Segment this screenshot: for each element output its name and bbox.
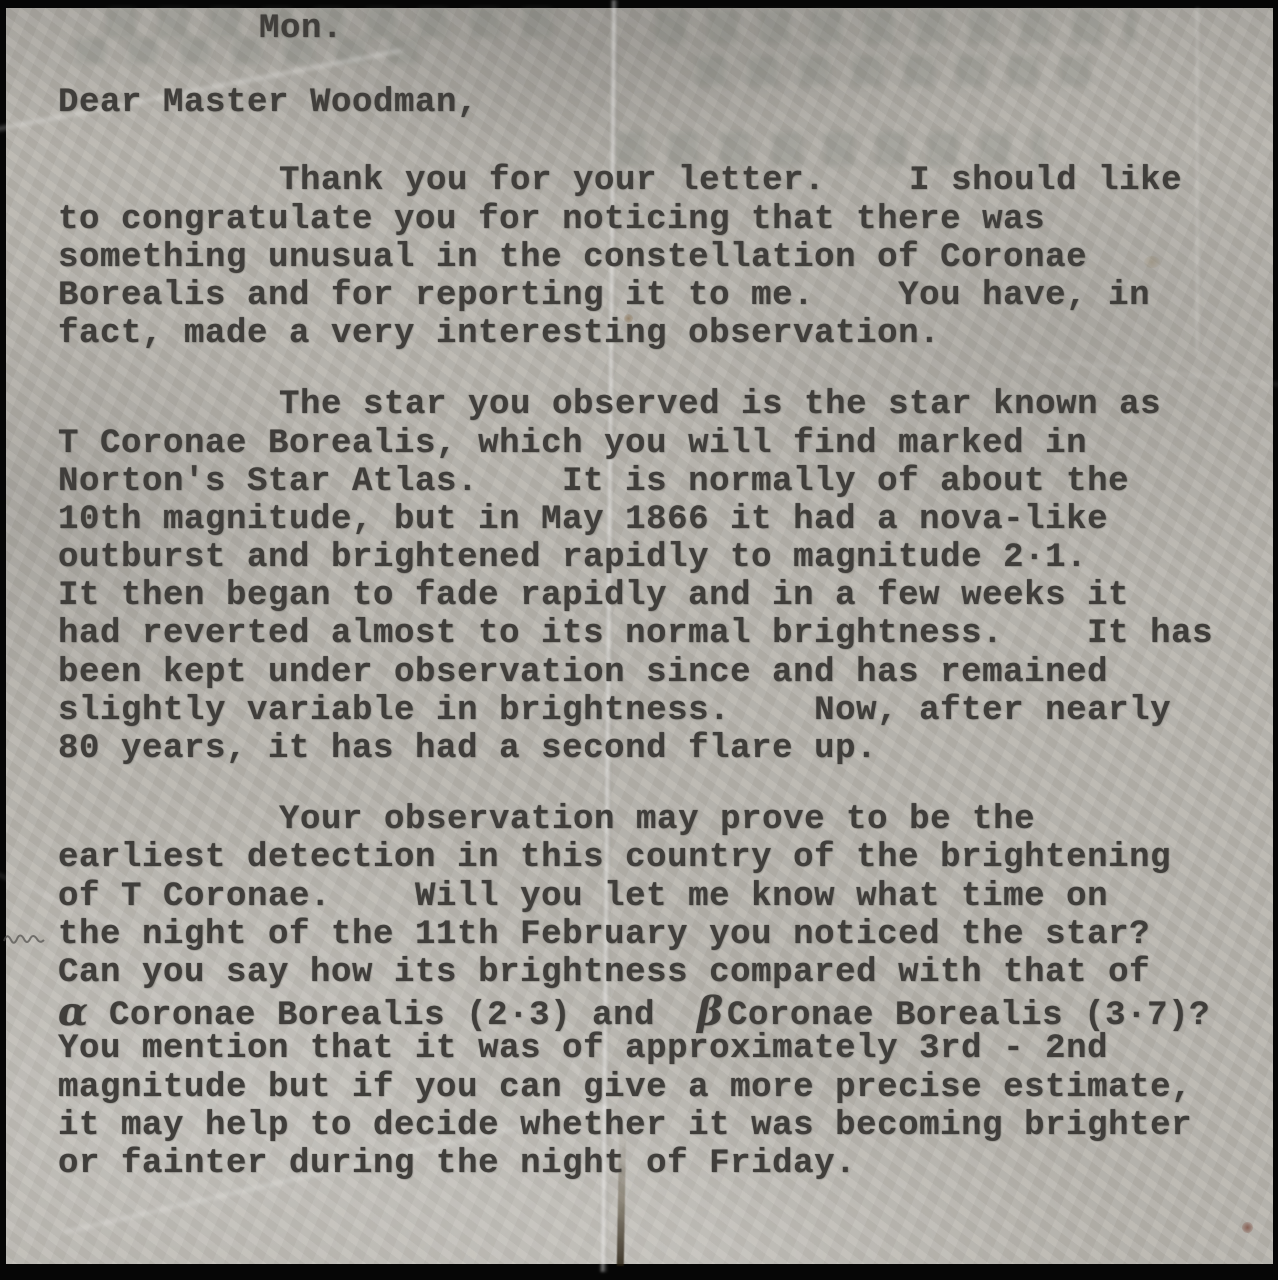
letter-line: It then began to fade rapidly and in a f…: [58, 577, 1247, 615]
letter-line: Your observation may prove to be the: [58, 801, 1247, 839]
letter-line: earliest detection in this country of th…: [58, 839, 1247, 877]
paragraph-3: Your observation may prove to be the ear…: [58, 801, 1247, 1183]
photo-of-letter: Mon. Dear Master Woodman, Thank you for …: [0, 0, 1278, 1280]
letter-line: You mention that it was of approximately…: [58, 1030, 1247, 1068]
paragraph-1: Thank you for your letter. I should like…: [58, 162, 1247, 353]
letter-line: 10th magnitude, but in May 1866 it had a…: [58, 501, 1247, 539]
letter-line: 80 years, it has had a second flare up.: [58, 730, 1247, 768]
alpha-symbol: α: [58, 989, 88, 1035]
letter-line: Borealis and for reporting it to me. You…: [58, 277, 1247, 315]
letter-line: magnitude but if you can give a more pre…: [58, 1069, 1247, 1107]
letter-line: been kept under observation since and ha…: [58, 654, 1247, 692]
letter-line: The star you observed is the star known …: [58, 386, 1247, 424]
letter-line: the night of the 11th February you notic…: [58, 916, 1247, 954]
letter-paper: Mon. Dear Master Woodman, Thank you for …: [6, 8, 1273, 1264]
paragraph-2: The star you observed is the star known …: [58, 386, 1247, 768]
letter-line: Can you say how its brightness compared …: [58, 954, 1247, 992]
letter-line: Norton's Star Atlas. It is normally of a…: [58, 463, 1247, 501]
salutation: Dear Master Woodman,: [58, 84, 1247, 122]
letter-line: something unusual in the constellation o…: [58, 239, 1247, 277]
beta-symbol: β: [697, 989, 723, 1035]
letter-line: T Coronae Borealis, which you will find …: [58, 425, 1247, 463]
letter-line: Thank you for your letter. I should like: [58, 162, 1247, 200]
letter-line: of T Coronae. Will you let me know what …: [58, 878, 1247, 916]
letter-line: had reverted almost to its normal bright…: [58, 615, 1247, 653]
letter-line: to congratulate you for noticing that th…: [58, 201, 1247, 239]
letter-line: or fainter during the night of Friday.: [58, 1145, 1247, 1183]
letter-line: it may help to decide whether it was bec…: [58, 1107, 1247, 1145]
letter-line: outburst and brightened rapidly to magni…: [58, 539, 1247, 577]
letter-line: fact, made a very interesting observatio…: [58, 315, 1247, 353]
letter-text: Mon. Dear Master Woodman, Thank you for …: [6, 8, 1273, 1264]
letter-line: slightly variable in brightness. Now, af…: [58, 692, 1247, 730]
letter-line-greek: α Coronae Borealis (2·3) and βCoronae Bo…: [58, 992, 1247, 1030]
date-line: Mon.: [259, 10, 1247, 48]
